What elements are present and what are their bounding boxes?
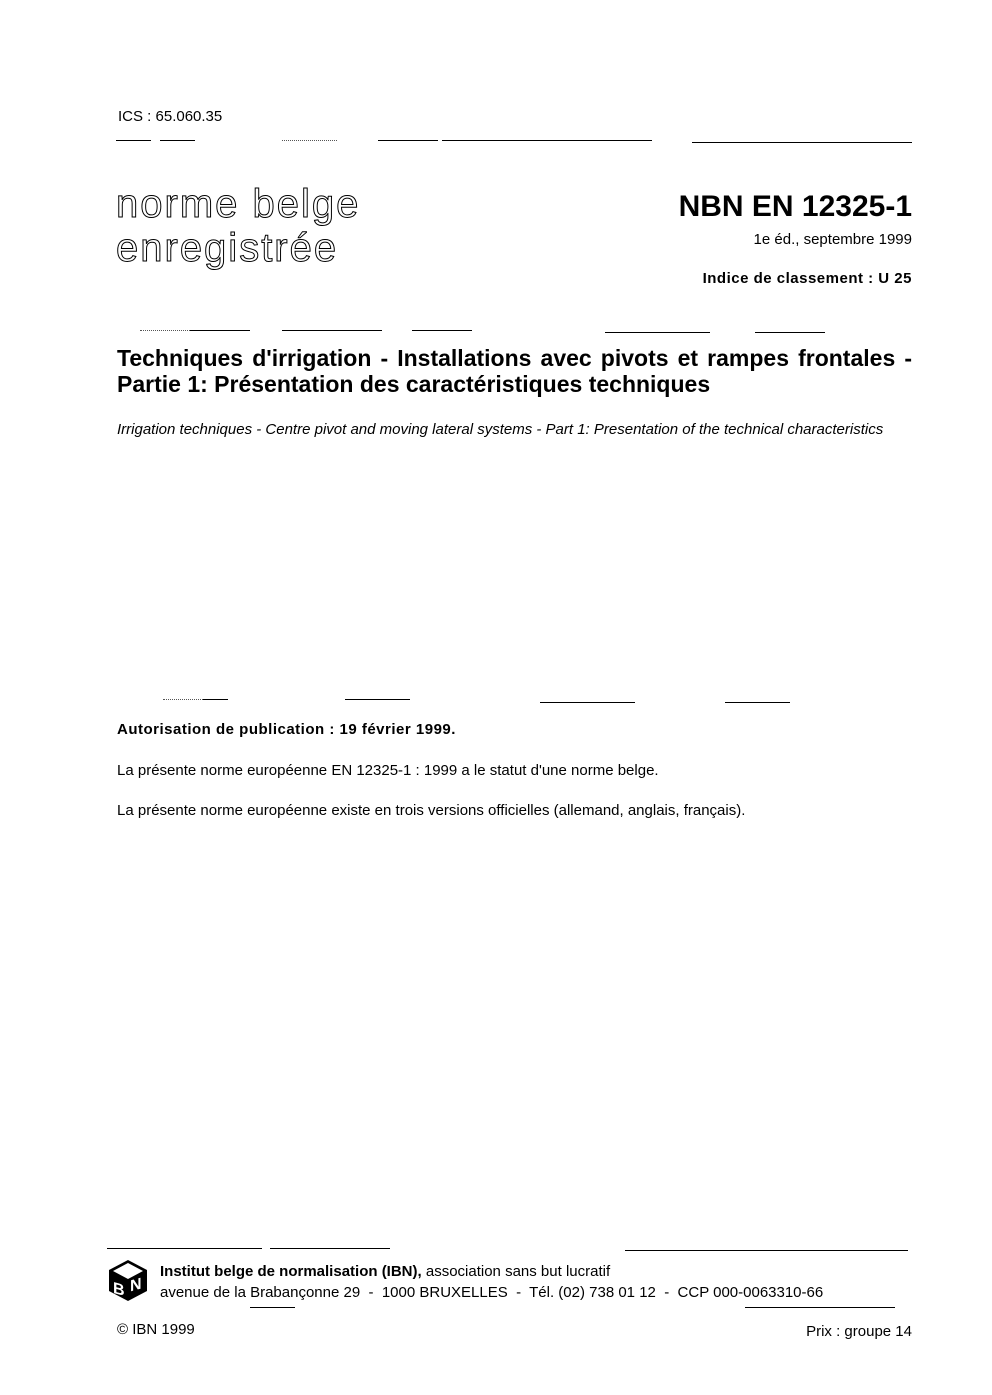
divider [625,1250,908,1251]
ibn-logo-icon: B N [106,1258,150,1302]
institute-address: avenue de la Brabançonne 29 - 1000 BRUXE… [160,1284,823,1301]
divider [163,699,203,701]
title-english: Irrigation techniques - Centre pivot and… [117,420,912,439]
divider [250,1307,295,1308]
outline-title-line2: enregistrée [116,226,360,270]
versions-paragraph: La présente norme européenne existe en t… [117,802,745,819]
divider [282,140,337,142]
divider [107,1248,262,1249]
divider [378,140,438,141]
divider [412,330,472,331]
divider [692,142,912,143]
copyright: © IBN 1999 [117,1321,195,1338]
svg-text:N: N [130,1275,142,1296]
edition: 1e éd., septembre 1999 [754,231,912,248]
divider [540,702,635,703]
title-french: Techniques d'irrigation - Installations … [117,345,912,397]
status-paragraph: La présente norme européenne EN 12325-1 … [117,762,659,779]
institute-description: association sans but lucratif [422,1263,610,1280]
institute-name-bold: Institut belge de normalisation (IBN), [160,1263,422,1280]
divider [725,702,790,703]
outline-title-line1: norme belge [116,182,360,226]
divider [282,330,382,331]
divider [745,1307,895,1308]
divider [116,140,151,141]
divider [442,140,652,141]
divider [203,699,228,700]
norme-belge-title: norme belge enregistrée [116,182,360,270]
divider [605,332,710,333]
divider [345,699,410,700]
divider [190,330,250,331]
divider [755,332,825,333]
ics-code: ICS : 65.060.35 [118,108,222,125]
publication-authorization: Autorisation de publication : 19 février… [117,721,456,738]
divider [140,330,190,332]
divider [160,140,195,141]
price-group: Prix : groupe 14 [806,1323,912,1340]
svg-text:B: B [113,1279,125,1300]
classification-index: Indice de classement : U 25 [703,270,912,287]
divider [270,1248,390,1249]
institute-name: Institut belge de normalisation (IBN), a… [160,1263,610,1280]
standard-number: NBN EN 12325-1 [679,190,912,224]
